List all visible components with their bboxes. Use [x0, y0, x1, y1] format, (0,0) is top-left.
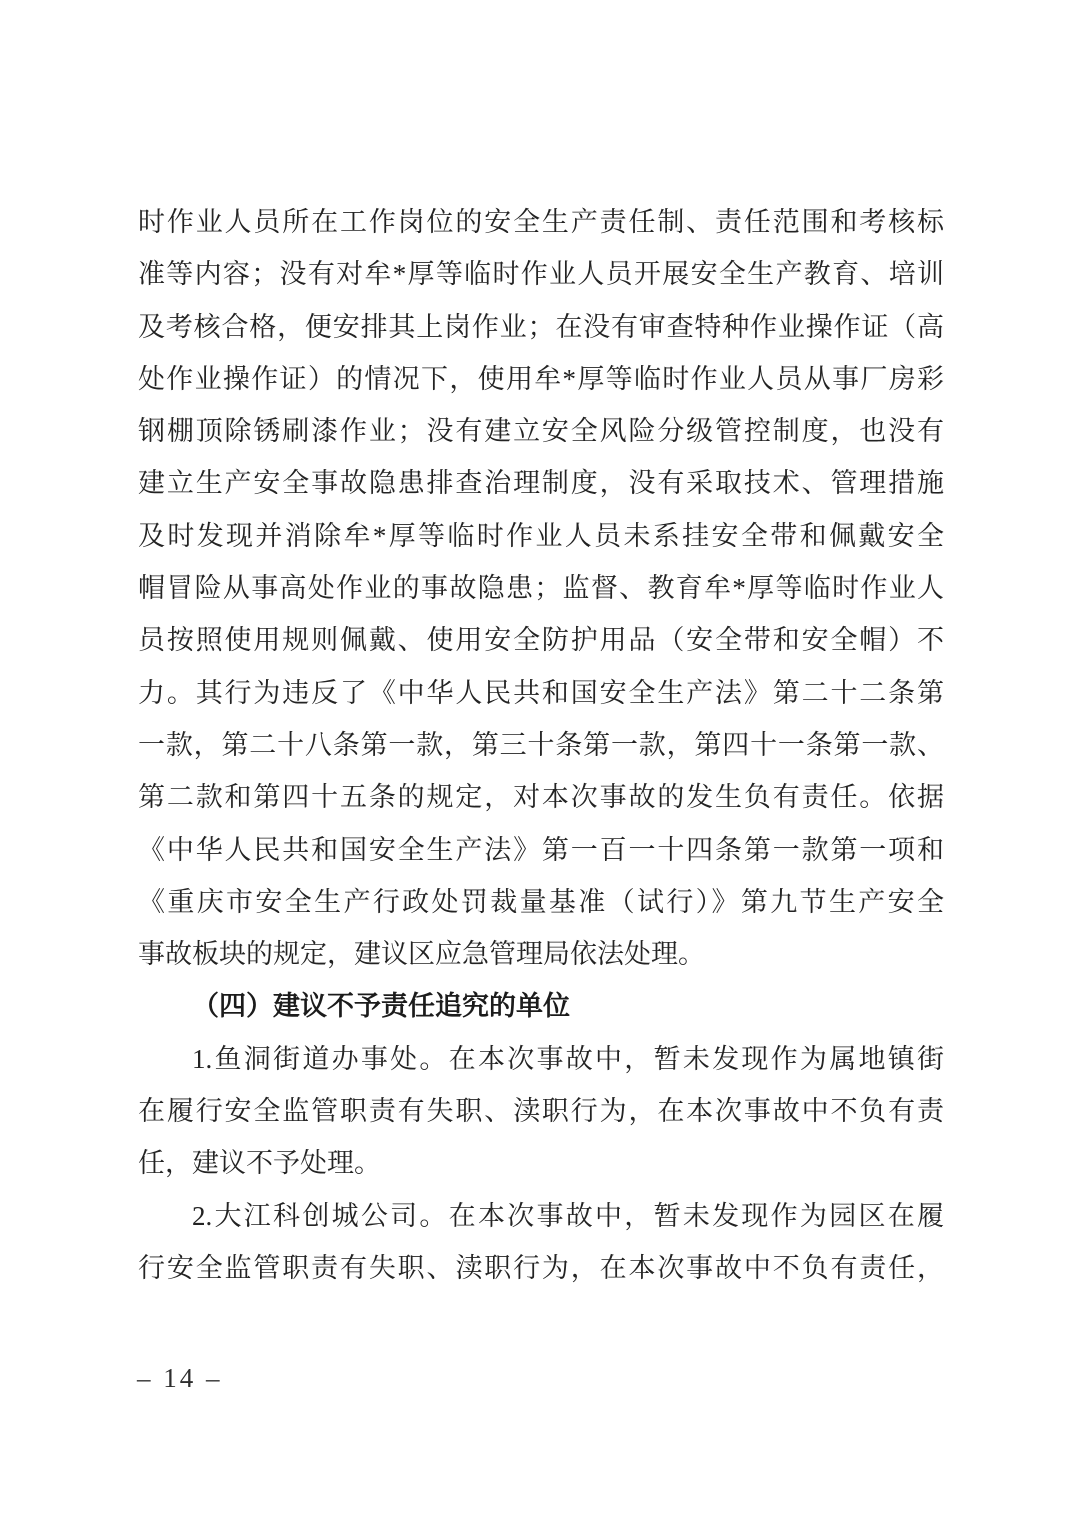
text-line: 《中华人民共和国安全生产法》第一百一十四条第一款第一项和 — [138, 824, 944, 876]
text-line: 处作业操作证）的情况下，使用牟*厚等临时作业人员从事厂房彩 — [138, 353, 944, 405]
text-line: 2.大江科创城公司。在本次事故中，暂未发现作为园区在履 — [138, 1190, 944, 1242]
text-line: 行安全监管职责有失职、渎职行为，在本次事故中不负有责任， — [138, 1242, 944, 1294]
text-line: 钢棚顶除锈刷漆作业；没有建立安全风险分级管控制度，也没有 — [138, 405, 944, 457]
text-line: 《重庆市安全生产行政处罚裁量基准（试行）》第九节生产安全 — [138, 876, 944, 928]
text-line: 时作业人员所在工作岗位的安全生产责任制、责任范围和考核标 — [138, 196, 944, 248]
text-line: 及考核合格，便安排其上岗作业；在没有审查特种作业操作证（高 — [138, 301, 944, 353]
text-line: 一款，第二十八条第一款，第三十条第一款，第四十一条第一款、 — [138, 719, 944, 771]
text-line: 任，建议不予处理。 — [138, 1137, 944, 1189]
text-line: 1.鱼洞街道办事处。在本次事故中，暂未发现作为属地镇街 — [138, 1033, 944, 1085]
section-heading: （四）建议不予责任追究的单位 — [138, 980, 944, 1032]
text-line: 第二款和第四十五条的规定，对本次事故的发生负有责任。依据 — [138, 771, 944, 823]
text-line: 事故板块的规定，建议区应急管理局依法处理。 — [138, 928, 944, 980]
text-line: 帽冒险从事高处作业的事故隐患；监督、教育牟*厚等临时作业人 — [138, 562, 944, 614]
document-body: 时作业人员所在工作岗位的安全生产责任制、责任范围和考核标准等内容；没有对牟*厚等… — [138, 196, 944, 1294]
document-page: 时作业人员所在工作岗位的安全生产责任制、责任范围和考核标准等内容；没有对牟*厚等… — [0, 0, 1074, 1520]
text-line: 建立生产安全事故隐患排查治理制度，没有采取技术、管理措施 — [138, 457, 944, 509]
text-line: 准等内容；没有对牟*厚等临时作业人员开展安全生产教育、培训 — [138, 248, 944, 300]
text-line: 在履行安全监管职责有失职、渎职行为，在本次事故中不负有责 — [138, 1085, 944, 1137]
text-line: 力。其行为违反了《中华人民共和国安全生产法》第二十二条第 — [138, 667, 944, 719]
text-line: 及时发现并消除牟*厚等临时作业人员未系挂安全带和佩戴安全 — [138, 510, 944, 562]
page-number: – 14 – — [137, 1360, 223, 1396]
text-line: 员按照使用规则佩戴、使用安全防护用品（安全带和安全帽）不 — [138, 614, 944, 666]
